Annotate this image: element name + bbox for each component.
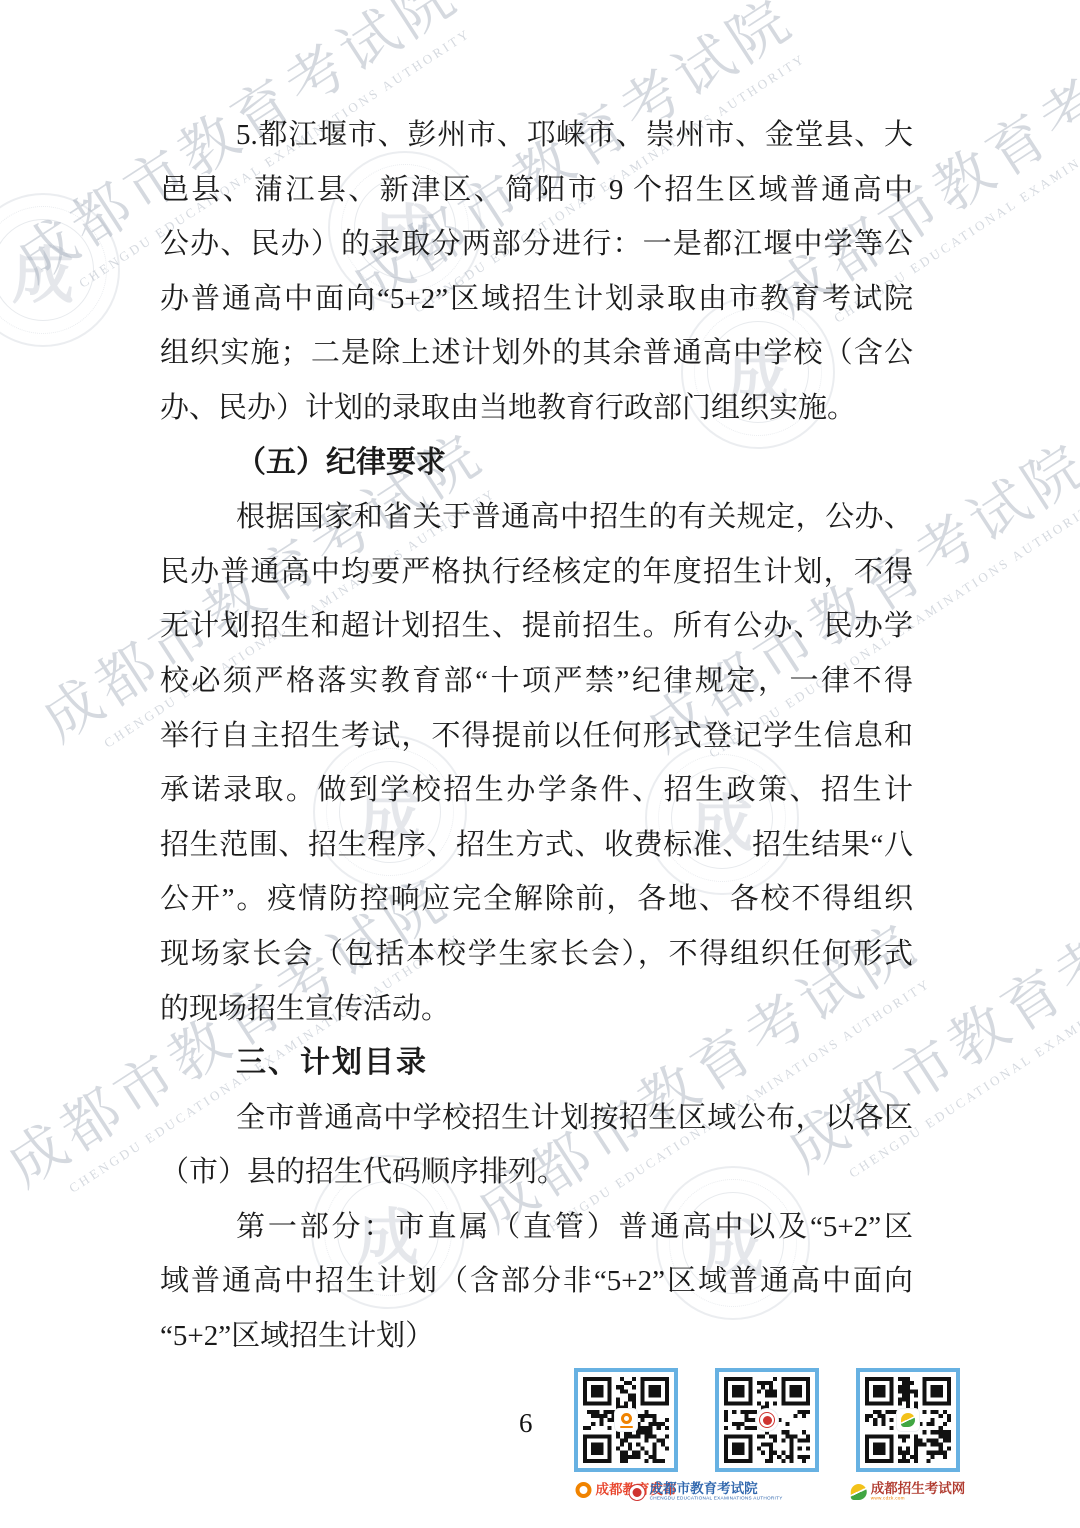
qr-caption-sublabel: CHENGDU EDUCATIONAL EXAMINATIONS AUTHORI… — [650, 1496, 783, 1499]
qr-code — [715, 1368, 819, 1472]
qr-center-logo-icon — [756, 1409, 778, 1431]
qr-caption: 成都招生考试网 www.cdzk.com — [851, 1482, 966, 1502]
qr-item: 成都招生考试网 www.cdzk.com — [856, 1368, 960, 1518]
qr-item: 成都市教育考试院 CHENGDU EDUCATIONAL EXAMINATION… — [715, 1368, 819, 1518]
qr-code — [574, 1368, 678, 1472]
qr-caption-label: 成都市教育考试院 — [650, 1482, 758, 1496]
qr-caption-sublabel: www.cdzk.com — [871, 1496, 905, 1499]
qr-code-row: 成都教育发布 成都市教育考试院 CHENGDU EDUCATIONAL EXAM… — [0, 0, 1080, 1528]
qr-caption-label: 成都招生考试网 — [871, 1482, 966, 1496]
qr-code — [856, 1368, 960, 1472]
qr-caption-logo-icon — [851, 1484, 867, 1500]
qr-caption-logo-icon — [629, 1484, 646, 1501]
qr-caption-text: 成都招生考试网 www.cdzk.com — [871, 1482, 966, 1502]
qr-caption-logo-icon — [576, 1482, 592, 1498]
qr-center-logo-icon — [615, 1409, 637, 1431]
qr-center-logo-icon — [897, 1409, 919, 1431]
document-page: 成都市教育考试院 CHENGDU EDUCATIONAL EXAMINATION… — [0, 0, 1080, 1528]
